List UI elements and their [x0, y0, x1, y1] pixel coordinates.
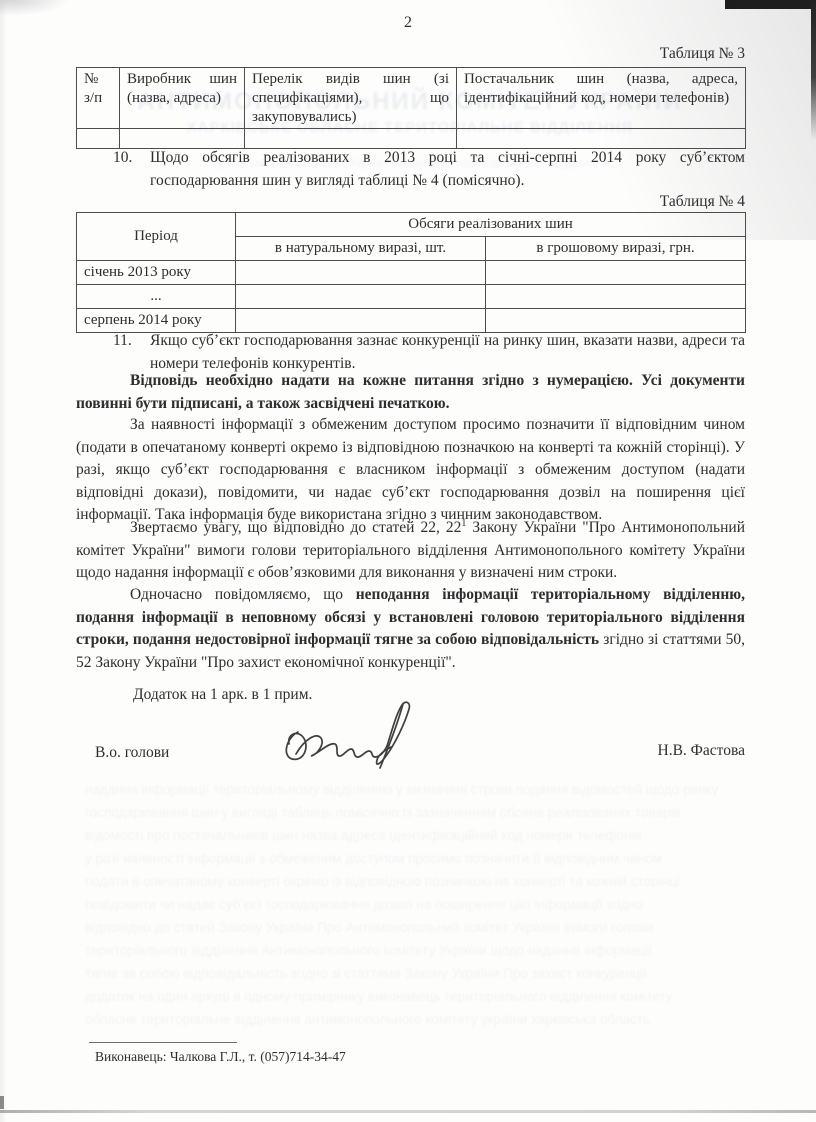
table3-header-number: № з/п — [77, 68, 120, 129]
page-number: 2 — [0, 14, 816, 32]
attention-text-pre: Звертаємо увагу, що відповідно до статей… — [130, 519, 461, 536]
scan-page-bottom-edge — [0, 1110, 816, 1113]
table4-row-ellipsis: ... — [77, 285, 236, 309]
bleedthrough-line: тягне за собою відповідальність згідно з… — [85, 962, 731, 985]
scan-edge-artifact-top — [725, 0, 816, 9]
table4-caption: Таблиця № 4 — [76, 193, 745, 211]
bleedthrough-line: обласне територіальне відділення антимон… — [85, 1008, 731, 1031]
table3-caption: Таблиця № 3 — [76, 45, 745, 63]
table3-header-supplier: Постачальник шин (назва, адреса, ідентиф… — [457, 68, 746, 129]
scan-mark-bottom-left — [0, 1096, 4, 1109]
table4-header-volumes: Обсяги реалізованих шин — [236, 213, 746, 237]
bleedthrough-line: відомості про постачальників шин назва а… — [85, 824, 731, 847]
bleedthrough-line: господарювання шин у вигляді таблиць пом… — [85, 801, 731, 824]
table4-empty-cell — [486, 261, 746, 285]
signer-position: В.о. голови — [95, 744, 169, 762]
table4-empty-cell — [236, 261, 486, 285]
footer-divider — [89, 1042, 237, 1043]
handwritten-signature — [272, 698, 412, 778]
item10-text: Щодо обсягів реалізованих в 2013 році та… — [150, 146, 745, 192]
table3-header-tire-types: Перелік видів шин (зі специфікаціями), щ… — [245, 68, 457, 129]
scan-edge-left — [0, 0, 7, 1122]
table3-tire-suppliers: № з/п Виробник шин (назва, адреса) Перел… — [76, 67, 746, 149]
bleedthrough-line: подати в опечатаному конверті окремо із … — [85, 870, 731, 893]
table4-header-period: Період — [77, 213, 236, 261]
liability-text-pre: Одночасно повідомляємо, що — [130, 586, 356, 603]
bleedthrough-line: повідомити чи надає суб’єкт господарюван… — [85, 893, 731, 916]
table4-sales-volumes: Період Обсяги реалізованих шин в натурал… — [76, 212, 746, 333]
item10-number: 10. — [113, 146, 150, 192]
executor-info: Виконавець: Чалкова Г.Л., т. (057)714-34… — [95, 1049, 346, 1065]
table4-empty-cell — [486, 285, 746, 309]
bleedthrough-line: додаток на один аркуш в одному примірник… — [85, 985, 731, 1008]
bleedthrough-line: відповідно до статей Закону України Про … — [85, 916, 731, 939]
table4-header-money: в грошовому виразі, грн. — [486, 237, 746, 261]
signer-name: Н.В. Фастова — [545, 742, 745, 760]
paragraph-legal-attention: Звертаємо увагу, що відповідно до статей… — [76, 517, 745, 585]
bleedthrough-line: надання інформації територіальному відді… — [85, 778, 731, 801]
paragraph-restricted-information: За наявності інформації з обмеженим дост… — [76, 414, 745, 527]
bleedthrough-text-block: надання інформації територіальному відді… — [85, 778, 731, 1031]
scanned-document-page: АНТИМОНОПОЛЬНИЙ КОМІТЕТ УКРАЇНИ ХАРКІВСЬ… — [0, 0, 816, 1122]
paragraph-answer-requirement: Відповідь необхідно надати на кожне пита… — [76, 369, 745, 415]
table4-empty-cell — [236, 285, 486, 309]
bleedthrough-line: у разі наявності інформації з обмеженим … — [85, 847, 731, 870]
paragraph-liability: Одночасно повідомляємо, що неподання інф… — [76, 584, 745, 674]
bleedthrough-line: територіального відділення Антимонопольн… — [85, 939, 731, 962]
table4-row-january-2013: січень 2013 року — [77, 261, 236, 285]
list-item-10: 10. Щодо обсягів реалізованих в 2013 роц… — [113, 146, 745, 192]
table4-header-natural: в натуральному виразі, шт. — [236, 237, 486, 261]
table3-header-manufacturer: Виробник шин (назва, адреса) — [120, 68, 245, 129]
